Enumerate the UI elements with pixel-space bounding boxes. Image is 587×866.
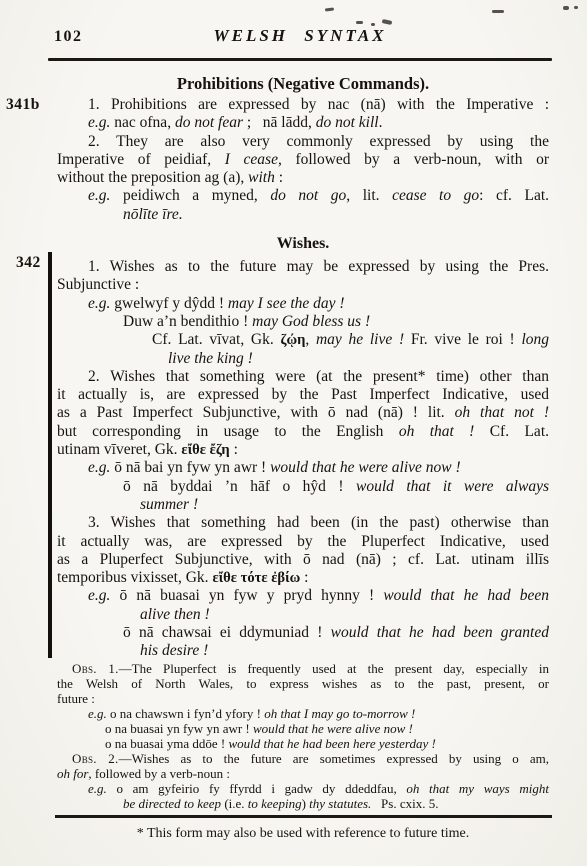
text-segment: Duw a’n bendithio ! xyxy=(123,313,252,330)
text-segment: may God bless us ! xyxy=(252,313,370,330)
text-line: it actually was, are expressed by the Pl… xyxy=(57,533,549,551)
text-line: future : xyxy=(57,691,549,706)
text-segment: ō nā byddai ’n hāf o hŷd ! xyxy=(123,478,356,495)
text-line: as a Past Imperfect Subjunctive, with ō … xyxy=(57,404,549,422)
text-line: Obs. 2.—Wishes as to the future are some… xyxy=(57,751,549,766)
text-line: Subjunctive : xyxy=(57,276,549,294)
section-heading-prohibitions: Prohibitions (Negative Commands). xyxy=(57,74,549,94)
text-segment: nōlīte īre. xyxy=(123,206,183,223)
text-segment: oh for xyxy=(57,766,88,781)
text-segment: e.g. xyxy=(88,587,120,604)
text-segment: thy statutes. xyxy=(309,796,371,811)
text-segment: to keeping xyxy=(248,796,302,811)
text-segment: ; nā lādd, xyxy=(243,114,316,131)
header-title: WELSH SYNTAX xyxy=(48,26,552,46)
text-segment: , lit. xyxy=(346,187,392,204)
text-segment: o na chawswn i fyn’d yfory ! xyxy=(110,706,264,721)
text-segment: live the king ! xyxy=(168,350,253,367)
text-segment: do not go xyxy=(270,187,346,204)
text-segment: nac ofna, xyxy=(114,114,175,131)
text-line: 1. Wishes as to the future may be expres… xyxy=(57,258,549,276)
text-segment: alive then ! xyxy=(140,606,210,623)
text-line: e.g. peidiwch a myned, do not go, lit. c… xyxy=(57,187,549,205)
text-segment: o na buasai yma ddōe ! xyxy=(105,736,228,751)
text-segment: Subjunctive : xyxy=(57,276,139,293)
text-segment: ō nā bai yn fyw yn awr ! xyxy=(114,459,270,476)
obs-text-block: Obs. 1.—The Pluperfect is frequently use… xyxy=(57,661,549,811)
text-segment: may I see the day ! xyxy=(228,295,345,312)
text-line: it actually is, are expressed by the Pas… xyxy=(57,386,549,404)
text-segment: long xyxy=(521,331,549,348)
text-segment: Fr. vive le roi ! xyxy=(404,331,521,348)
text-segment: peidiwch a myned, xyxy=(123,187,270,204)
text-line: e.g. gwelwyf y dŷdd ! may I see the day … xyxy=(57,295,549,313)
text-segment: Cf. Lat. vīvat, Gk. xyxy=(152,331,280,348)
text-segment: ō nā chawsai ei ddymuniad ! xyxy=(123,624,331,641)
greek-phrase: εἴθε ἔζη xyxy=(181,442,229,458)
text-segment: , followed by a verb-noun : xyxy=(88,766,230,781)
text-segment: 3. Wishes that something had been (in th… xyxy=(88,514,549,531)
text-line: Obs. 1.—The Pluperfect is frequently use… xyxy=(57,661,549,676)
text-segment: summer ! xyxy=(140,496,198,513)
main-text-block: 1. Prohibitions are expressed by nac (nā… xyxy=(57,96,549,661)
text-segment: 2. Wishes that something were (at the pr… xyxy=(88,368,549,385)
text-line: be directed to keep (i.e. to keeping) th… xyxy=(57,796,549,811)
text-segment: e.g. xyxy=(88,781,116,796)
text-line: utinam vīveret, Gk. εἴθε ἔζη : xyxy=(57,441,549,459)
text-segment: future : xyxy=(57,691,95,706)
text-line: e.g. o am gyfeirio fy ffyrdd i gadw dy d… xyxy=(57,781,549,796)
text-segment: oh that ! xyxy=(399,423,475,440)
text-segment: e.g. xyxy=(88,459,114,476)
text-line: oh for, followed by a verb-noun : xyxy=(57,766,549,781)
text-line: e.g. o na chawswn i fyn’d yfory ! oh tha… xyxy=(57,706,549,721)
text-segment: . xyxy=(379,114,383,131)
text-segment: Obs. 1. xyxy=(72,661,119,676)
print-smudge xyxy=(382,19,393,25)
text-segment: oh that not ! xyxy=(455,404,549,421)
text-segment: temporibus vixisset, Gk. xyxy=(57,569,212,586)
text-segment: be directed to keep xyxy=(123,796,224,811)
text-segment: I cease xyxy=(225,151,278,168)
text-segment: : xyxy=(275,169,283,186)
text-segment: do not kill xyxy=(316,114,379,131)
text-segment: would that it were always xyxy=(356,478,549,495)
text-line: 1. Prohibitions are expressed by nac (nā… xyxy=(57,96,549,114)
footnote-rule xyxy=(55,815,552,818)
text-line: e.g. nac ofna, do not fear ; nā lādd, do… xyxy=(57,114,549,132)
text-segment: : cf. Lat. xyxy=(479,187,549,204)
text-line: Duw a’n bendithio ! may God bless us ! xyxy=(57,313,549,331)
text-segment: o na buasai yn fyw yn awr ! xyxy=(105,721,253,736)
text-segment: would that he had been here yesterday ! xyxy=(228,736,435,751)
text-segment: 1. Prohibitions are expressed by nac (nā… xyxy=(88,96,549,113)
text-segment: ō nā buasai yn fyw y pryd hynny ! xyxy=(120,587,384,604)
text-segment: without the preposition ag (a), xyxy=(57,169,248,186)
margin-number-341b: 341b xyxy=(6,96,40,114)
text-column: Prohibitions (Negative Commands). 1. Pro… xyxy=(57,74,549,811)
text-line: e.g. ō nā buasai yn fyw y pryd hynny ! w… xyxy=(57,587,549,605)
greek-phrase: ζῴη xyxy=(280,332,305,348)
text-line: 3. Wishes that something had been (in th… xyxy=(57,514,549,532)
text-line: but corresponding in usage to the Englis… xyxy=(57,423,549,441)
text-segment: , followed by a verb-noun, with or xyxy=(278,151,549,168)
text-segment: , xyxy=(305,331,316,348)
text-segment: with xyxy=(248,169,275,186)
text-segment: as a Pluperfect Subjunctive, with ō nad … xyxy=(57,551,549,568)
section-heading-wishes: Wishes. xyxy=(57,234,549,254)
text-segment: Imperative of peidiaf, xyxy=(57,151,225,168)
text-line: o na buasai yma ddōe ! would that he had… xyxy=(57,736,549,751)
text-line: Cf. Lat. vīvat, Gk. ζῴη, may he live ! F… xyxy=(57,331,549,349)
text-line: Imperative of peidiaf, I cease, followed… xyxy=(57,151,549,169)
text-segment: would that he were alive now ! xyxy=(253,721,413,736)
text-segment: 1. Wishes as to the future may be expres… xyxy=(88,258,549,275)
text-segment: cease to go xyxy=(392,187,479,204)
text-line: nōlīte īre. xyxy=(57,206,549,224)
print-smudge xyxy=(574,6,578,9)
text-line: without the preposition ag (a), with : xyxy=(57,169,549,187)
text-line: ō nā byddai ’n hāf o hŷd ! would that it… xyxy=(57,478,549,496)
text-line: as a Pluperfect Subjunctive, with ō nad … xyxy=(57,551,549,569)
text-segment: would that he had been granted xyxy=(331,624,549,641)
text-segment: Ps. cxix. 5. xyxy=(371,796,438,811)
section-342-bar xyxy=(48,252,52,658)
text-segment: : xyxy=(230,441,238,458)
text-segment: would that he were alive now ! xyxy=(270,459,461,476)
text-segment: e.g. xyxy=(88,114,114,131)
text-segment: Obs. 2. xyxy=(72,751,119,766)
text-segment: it actually was, are expressed by the Pl… xyxy=(57,533,549,550)
text-segment: the Welsh of North Wales, to express wis… xyxy=(57,676,549,691)
text-segment: oh that my ways might xyxy=(406,781,549,796)
print-smudge xyxy=(492,10,504,13)
print-smudge xyxy=(563,6,569,10)
text-segment: —Wishes as to the future are sometimes e… xyxy=(119,751,549,766)
print-smudge xyxy=(356,21,363,24)
text-segment: 2. They are also very commonly expressed… xyxy=(88,133,549,150)
text-segment: but corresponding in usage to the Englis… xyxy=(57,423,399,440)
text-segment: (i.e. xyxy=(224,796,247,811)
text-line: temporibus vixisset, Gk. εἴθε τότε ἐβίω … xyxy=(57,569,549,587)
text-segment: e.g. xyxy=(88,187,123,204)
margin-number-342: 342 xyxy=(16,254,41,272)
text-line: summer ! xyxy=(57,496,549,514)
text-line: live the king ! xyxy=(57,350,549,368)
text-segment: may he live ! xyxy=(316,331,404,348)
text-segment: o am gyfeirio fy ffyrdd i gadw dy ddeddf… xyxy=(116,781,406,796)
header-rule xyxy=(48,58,552,61)
text-segment: —The Pluperfect is frequently used at th… xyxy=(119,661,549,676)
text-segment: do not fear xyxy=(175,114,243,131)
greek-phrase: εἴθε τότε ἐβίω xyxy=(212,570,300,586)
text-line: e.g. ō nā bai yn fyw yn awr ! would that… xyxy=(57,459,549,477)
text-line: alive then ! xyxy=(57,606,549,624)
text-line: the Welsh of North Wales, to express wis… xyxy=(57,676,549,691)
text-segment: it actually is, are expressed by the Pas… xyxy=(57,386,549,403)
text-line: ō nā chawsai ei ddymuniad ! would that h… xyxy=(57,624,549,642)
text-segment: e.g. xyxy=(88,706,110,721)
text-segment: gwelwyf y dŷdd ! xyxy=(114,295,228,312)
text-line: 2. Wishes that something were (at the pr… xyxy=(57,368,549,386)
text-segment: Cf. Lat. xyxy=(474,423,549,440)
text-line: 2. They are also very commonly expressed… xyxy=(57,133,549,151)
text-segment: oh that I may go to-morrow ! xyxy=(264,706,415,721)
text-segment: as a Past Imperfect Subjunctive, with ō … xyxy=(57,404,455,421)
text-segment: e.g. xyxy=(88,295,114,312)
text-segment: : xyxy=(300,569,308,586)
text-segment: would that he had been xyxy=(383,587,549,604)
text-segment: utinam vīveret, Gk. xyxy=(57,441,181,458)
text-segment: his desire ! xyxy=(140,642,208,659)
print-smudge xyxy=(325,7,334,11)
footnote-text: * This form may also be used with refere… xyxy=(57,826,549,842)
text-line: his desire ! xyxy=(57,642,549,660)
text-line: o na buasai yn fyw yn awr ! would that h… xyxy=(57,721,549,736)
